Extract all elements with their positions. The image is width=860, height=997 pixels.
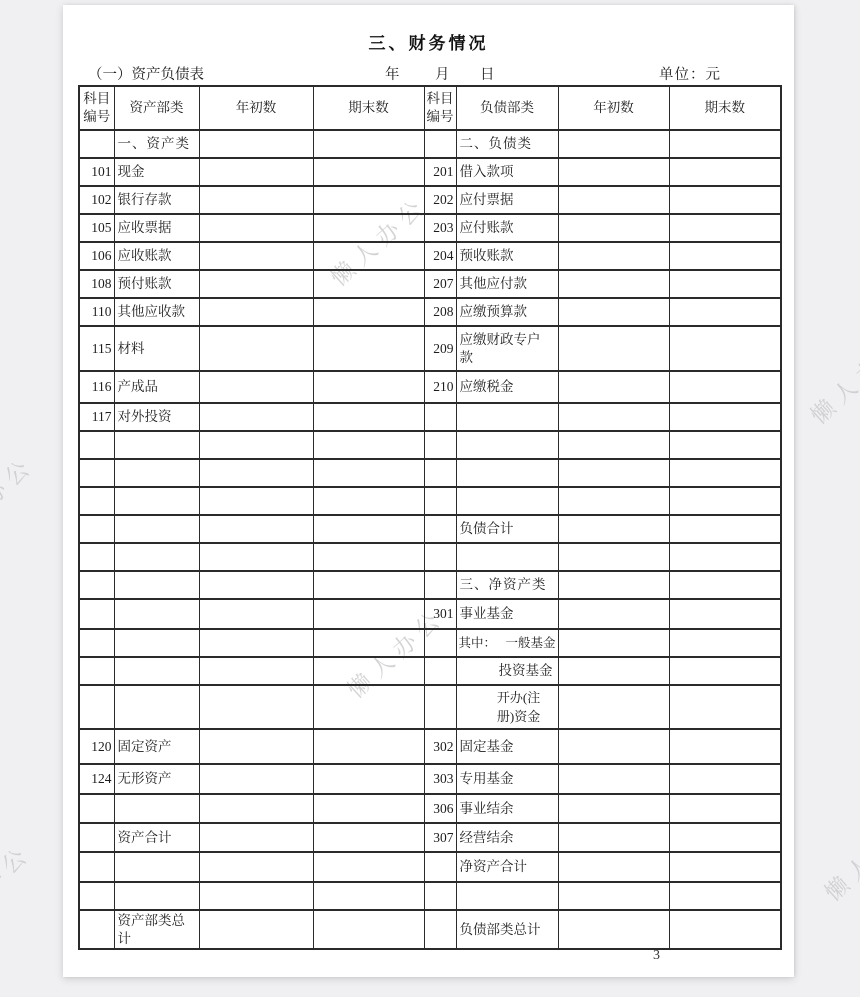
asset-code-cell [79, 571, 114, 599]
form-name-label: （一）资产负债表 [88, 63, 204, 84]
liability-code-cell: 204 [424, 242, 456, 270]
liability-code-cell [424, 629, 456, 657]
liability-name-cell [456, 882, 558, 910]
liability-code-cell [424, 882, 456, 910]
liability-name-cell: 三、净资产类 [456, 571, 558, 599]
header-liability-begin: 年初数 [558, 86, 669, 130]
balance-sheet-wrapper: 科目编号资产部类年初数期末数科目编号负债部类年初数期末数 一、资产类二、负债类1… [78, 85, 782, 950]
asset-code-cell: 116 [79, 371, 114, 403]
liability-code-cell [424, 403, 456, 431]
liability-name-cell: 负债部类总计 [456, 910, 558, 949]
asset-begin-cell [199, 158, 313, 186]
liability-name-cell: 应付账款 [456, 214, 558, 242]
asset-name-cell: 现金 [114, 158, 199, 186]
asset-code-cell [79, 882, 114, 910]
table-row: 负债合计 [79, 515, 781, 543]
asset-code-cell [79, 629, 114, 657]
liability-end-cell [669, 685, 781, 729]
liability-name-cell: 二、负债类 [456, 130, 558, 158]
asset-name-cell: 预付账款 [114, 270, 199, 298]
liability-code-cell [424, 459, 456, 487]
liability-end-cell [669, 186, 781, 214]
table-row: 投资基金 [79, 657, 781, 685]
page-number: 3 [653, 948, 660, 964]
header-liability-end: 期末数 [669, 86, 781, 130]
liability-end-cell [669, 298, 781, 326]
watermark-text: 懒人办公 [0, 448, 41, 553]
asset-end-cell [313, 186, 424, 214]
asset-begin-cell [199, 823, 313, 852]
liability-begin-cell [558, 403, 669, 431]
liability-code-cell: 207 [424, 270, 456, 298]
watermark-text: 懒人办公 [802, 326, 860, 431]
liability-begin-cell [558, 571, 669, 599]
liability-begin-cell [558, 852, 669, 882]
liability-begin-cell [558, 685, 669, 729]
liability-code-cell: 301 [424, 599, 456, 629]
table-row: 其中：一般基金 [79, 629, 781, 657]
table-row [79, 487, 781, 515]
asset-code-cell [79, 459, 114, 487]
asset-begin-cell [199, 242, 313, 270]
liability-end-cell [669, 764, 781, 794]
asset-name-cell [114, 657, 199, 685]
header-asset-begin: 年初数 [199, 86, 313, 130]
liability-code-cell: 306 [424, 794, 456, 823]
liability-name-cell: 固定基金 [456, 729, 558, 764]
asset-begin-cell [199, 910, 313, 949]
liability-code-cell: 202 [424, 186, 456, 214]
asset-code-cell: 105 [79, 214, 114, 242]
liability-end-cell [669, 371, 781, 403]
year-label: 年 [385, 63, 400, 84]
liability-begin-cell [558, 657, 669, 685]
asset-name-cell [114, 571, 199, 599]
asset-begin-cell [199, 852, 313, 882]
liability-begin-cell [558, 823, 669, 852]
table-row: 117对外投资 [79, 403, 781, 431]
liability-name-cell: 投资基金 [456, 657, 558, 685]
liability-begin-cell [558, 158, 669, 186]
asset-code-cell [79, 487, 114, 515]
liability-end-cell [669, 729, 781, 764]
table-header-row: 科目编号资产部类年初数期末数科目编号负债部类年初数期末数 [79, 86, 781, 130]
liability-code-cell [424, 515, 456, 543]
sub-item-label: 一般基金 [505, 635, 555, 651]
asset-name-cell [114, 543, 199, 571]
month-label: 月 [435, 63, 450, 84]
liability-name-cell: 事业结余 [456, 794, 558, 823]
asset-name-cell [114, 794, 199, 823]
asset-code-cell [79, 657, 114, 685]
liability-end-cell [669, 487, 781, 515]
asset-end-cell [313, 882, 424, 910]
asset-end-cell [313, 685, 424, 729]
liability-end-cell [669, 459, 781, 487]
liability-code-cell [424, 431, 456, 459]
liability-begin-cell [558, 270, 669, 298]
table-row: 110其他应收款208应缴预算款 [79, 298, 781, 326]
liability-end-cell [669, 214, 781, 242]
table-row: 105应收票据203应付账款 [79, 214, 781, 242]
asset-code-cell [79, 685, 114, 729]
asset-name-cell: 银行存款 [114, 186, 199, 214]
liability-end-cell [669, 629, 781, 657]
liability-code-cell [424, 130, 456, 158]
asset-code-cell: 120 [79, 729, 114, 764]
liability-name-cell: 预收账款 [456, 242, 558, 270]
liability-code-cell [424, 685, 456, 729]
asset-end-cell [313, 403, 424, 431]
liability-end-cell [669, 882, 781, 910]
asset-code-cell: 101 [79, 158, 114, 186]
asset-code-cell [79, 852, 114, 882]
liability-name-cell [456, 487, 558, 515]
liability-begin-cell [558, 242, 669, 270]
liability-code-cell [424, 571, 456, 599]
header-liability-code: 科目编号 [424, 86, 456, 130]
asset-begin-cell [199, 515, 313, 543]
liability-code-cell [424, 852, 456, 882]
liability-name-cell [456, 431, 558, 459]
liability-code-cell [424, 910, 456, 949]
asset-code-cell: 110 [79, 298, 114, 326]
liability-code-cell: 209 [424, 326, 456, 371]
page-title: 三、财务情况 [63, 29, 794, 54]
liability-end-cell [669, 158, 781, 186]
liability-end-cell [669, 599, 781, 629]
asset-name-cell [114, 515, 199, 543]
table-row: 净资产合计 [79, 852, 781, 882]
asset-name-cell [114, 431, 199, 459]
liability-begin-cell [558, 371, 669, 403]
asset-code-cell [79, 823, 114, 852]
liability-end-cell [669, 571, 781, 599]
liability-begin-cell [558, 326, 669, 371]
table-row: 108预付账款207其他应付款 [79, 270, 781, 298]
asset-begin-cell [199, 571, 313, 599]
asset-begin-cell [199, 657, 313, 685]
liability-name-cell: 经营结余 [456, 823, 558, 852]
liability-name-cell [456, 543, 558, 571]
liability-name-cell: 应付票据 [456, 186, 558, 214]
asset-begin-cell [199, 214, 313, 242]
asset-end-cell [313, 270, 424, 298]
liability-name-cell: 开办(注册)资金 [456, 685, 558, 729]
liability-end-cell [669, 823, 781, 852]
asset-end-cell [313, 487, 424, 515]
liability-name-cell: 其中：一般基金 [456, 629, 558, 657]
table-row: 120固定资产302固定基金 [79, 729, 781, 764]
asset-begin-cell [199, 298, 313, 326]
table-row: 115材料209应缴财政专户款 [79, 326, 781, 371]
asset-name-cell: 资产部类总计 [114, 910, 199, 949]
asset-end-cell [313, 298, 424, 326]
liability-begin-cell [558, 487, 669, 515]
asset-begin-cell [199, 459, 313, 487]
table-row: 301事业基金 [79, 599, 781, 629]
table-row: 101现金201借入款项 [79, 158, 781, 186]
liability-end-cell [669, 403, 781, 431]
asset-end-cell [313, 543, 424, 571]
liability-code-cell: 303 [424, 764, 456, 794]
liability-begin-cell [558, 459, 669, 487]
watermark-text: 懒人办公 [816, 803, 860, 908]
day-label: 日 [480, 63, 495, 84]
asset-name-cell [114, 487, 199, 515]
liability-code-cell [424, 543, 456, 571]
liability-name-cell: 应缴预算款 [456, 298, 558, 326]
table-row: 106应收账款204预收账款 [79, 242, 781, 270]
liability-end-cell [669, 326, 781, 371]
asset-end-cell [313, 326, 424, 371]
asset-begin-cell [199, 270, 313, 298]
table-row [79, 882, 781, 910]
liability-code-cell: 307 [424, 823, 456, 852]
asset-name-cell [114, 685, 199, 729]
asset-name-cell: 材料 [114, 326, 199, 371]
liability-end-cell [669, 130, 781, 158]
table-row: 三、净资产类 [79, 571, 781, 599]
asset-name-cell: 资产合计 [114, 823, 199, 852]
sub-item-label: 开办(注册)资金 [497, 688, 552, 727]
liability-begin-cell [558, 543, 669, 571]
table-row [79, 459, 781, 487]
asset-begin-cell [199, 403, 313, 431]
liability-end-cell [669, 910, 781, 949]
table-row: 124无形资产303专用基金 [79, 764, 781, 794]
asset-end-cell [313, 629, 424, 657]
asset-begin-cell [199, 431, 313, 459]
liability-begin-cell [558, 764, 669, 794]
liability-name-cell [456, 403, 558, 431]
asset-name-cell [114, 629, 199, 657]
asset-begin-cell [199, 599, 313, 629]
liability-end-cell [669, 270, 781, 298]
form-header-line: （一）资产负债表 年 月 日 单位：元 [63, 63, 794, 83]
liability-begin-cell [558, 186, 669, 214]
asset-end-cell [313, 910, 424, 949]
asset-end-cell [313, 515, 424, 543]
asset-begin-cell [199, 186, 313, 214]
liability-begin-cell [558, 794, 669, 823]
table-row: 116产成品210应缴税金 [79, 371, 781, 403]
unit-label: 单位：元 [659, 63, 721, 84]
liability-code-cell: 302 [424, 729, 456, 764]
liability-end-cell [669, 543, 781, 571]
header-asset-code: 科目编号 [79, 86, 114, 130]
asset-code-cell: 115 [79, 326, 114, 371]
header-asset-name: 资产部类 [114, 86, 199, 130]
liability-code-cell [424, 487, 456, 515]
asset-name-cell [114, 459, 199, 487]
asset-end-cell [313, 431, 424, 459]
asset-begin-cell [199, 543, 313, 571]
header-liability-name: 负债部类 [456, 86, 558, 130]
asset-end-cell [313, 158, 424, 186]
asset-end-cell [313, 371, 424, 403]
asset-name-cell: 固定资产 [114, 729, 199, 764]
asset-code-cell: 102 [79, 186, 114, 214]
table-row: 开办(注册)资金 [79, 685, 781, 729]
liability-name-cell [456, 459, 558, 487]
header-asset-end: 期末数 [313, 86, 424, 130]
asset-begin-cell [199, 130, 313, 158]
liability-code-cell: 201 [424, 158, 456, 186]
liability-end-cell [669, 515, 781, 543]
liability-end-cell [669, 794, 781, 823]
asset-name-cell [114, 852, 199, 882]
asset-code-cell [79, 794, 114, 823]
liability-end-cell [669, 431, 781, 459]
sub-item-prefix: 其中： [459, 635, 497, 651]
liability-name-cell: 事业基金 [456, 599, 558, 629]
asset-begin-cell [199, 729, 313, 764]
asset-begin-cell [199, 487, 313, 515]
asset-name-cell: 对外投资 [114, 403, 199, 431]
asset-name-cell: 产成品 [114, 371, 199, 403]
liability-end-cell [669, 242, 781, 270]
asset-end-cell [313, 571, 424, 599]
asset-name-cell [114, 599, 199, 629]
watermark-text: 懒人办公 [0, 836, 38, 941]
table-row: 102银行存款202应付票据 [79, 186, 781, 214]
liability-begin-cell [558, 431, 669, 459]
table-row: 资产合计307经营结余 [79, 823, 781, 852]
asset-code-cell: 106 [79, 242, 114, 270]
liability-name-cell: 借入款项 [456, 158, 558, 186]
liability-begin-cell [558, 515, 669, 543]
asset-begin-cell [199, 326, 313, 371]
liability-begin-cell [558, 214, 669, 242]
liability-end-cell [669, 852, 781, 882]
liability-code-cell [424, 657, 456, 685]
table-row: 资产部类总计负债部类总计 [79, 910, 781, 949]
liability-code-cell: 210 [424, 371, 456, 403]
liability-begin-cell [558, 910, 669, 949]
liability-name-cell: 其他应付款 [456, 270, 558, 298]
liability-name-cell: 应缴财政专户款 [456, 326, 558, 371]
asset-begin-cell [199, 685, 313, 729]
page-content: 三、财务情况 （一）资产负债表 年 月 日 单位：元 科目编号资产部类年初数期末… [63, 5, 794, 977]
asset-begin-cell [199, 629, 313, 657]
liability-begin-cell [558, 629, 669, 657]
liability-end-cell [669, 657, 781, 685]
asset-code-cell [79, 543, 114, 571]
asset-code-cell [79, 515, 114, 543]
liability-begin-cell [558, 298, 669, 326]
table-row [79, 543, 781, 571]
liability-begin-cell [558, 729, 669, 764]
asset-name-cell [114, 882, 199, 910]
asset-code-cell: 108 [79, 270, 114, 298]
asset-code-cell [79, 599, 114, 629]
liability-code-cell: 208 [424, 298, 456, 326]
asset-end-cell [313, 130, 424, 158]
liability-begin-cell [558, 599, 669, 629]
liability-name-cell: 净资产合计 [456, 852, 558, 882]
asset-begin-cell [199, 371, 313, 403]
liability-begin-cell [558, 130, 669, 158]
liability-name-cell: 应缴税金 [456, 371, 558, 403]
asset-code-cell: 124 [79, 764, 114, 794]
liability-code-cell: 203 [424, 214, 456, 242]
document-page: 三、财务情况 （一）资产负债表 年 月 日 单位：元 科目编号资产部类年初数期末… [63, 5, 794, 977]
asset-end-cell [313, 852, 424, 882]
asset-name-cell: 一、资产类 [114, 130, 199, 158]
table-row: 306事业结余 [79, 794, 781, 823]
table-row [79, 431, 781, 459]
asset-code-cell [79, 431, 114, 459]
asset-begin-cell [199, 764, 313, 794]
asset-end-cell [313, 657, 424, 685]
asset-end-cell [313, 729, 424, 764]
asset-end-cell [313, 823, 424, 852]
asset-end-cell [313, 459, 424, 487]
balance-sheet-table: 科目编号资产部类年初数期末数科目编号负债部类年初数期末数 一、资产类二、负债类1… [78, 85, 782, 950]
asset-name-cell: 无形资产 [114, 764, 199, 794]
asset-end-cell [313, 794, 424, 823]
liability-name-cell: 负债合计 [456, 515, 558, 543]
asset-code-cell: 117 [79, 403, 114, 431]
asset-end-cell [313, 599, 424, 629]
asset-end-cell [313, 764, 424, 794]
liability-name-cell: 专用基金 [456, 764, 558, 794]
asset-end-cell [313, 214, 424, 242]
asset-code-cell [79, 130, 114, 158]
table-row: 一、资产类二、负债类 [79, 130, 781, 158]
asset-name-cell: 其他应收款 [114, 298, 199, 326]
asset-begin-cell [199, 882, 313, 910]
asset-code-cell [79, 910, 114, 949]
asset-end-cell [313, 242, 424, 270]
asset-name-cell: 应收票据 [114, 214, 199, 242]
liability-begin-cell [558, 882, 669, 910]
asset-name-cell: 应收账款 [114, 242, 199, 270]
asset-begin-cell [199, 794, 313, 823]
